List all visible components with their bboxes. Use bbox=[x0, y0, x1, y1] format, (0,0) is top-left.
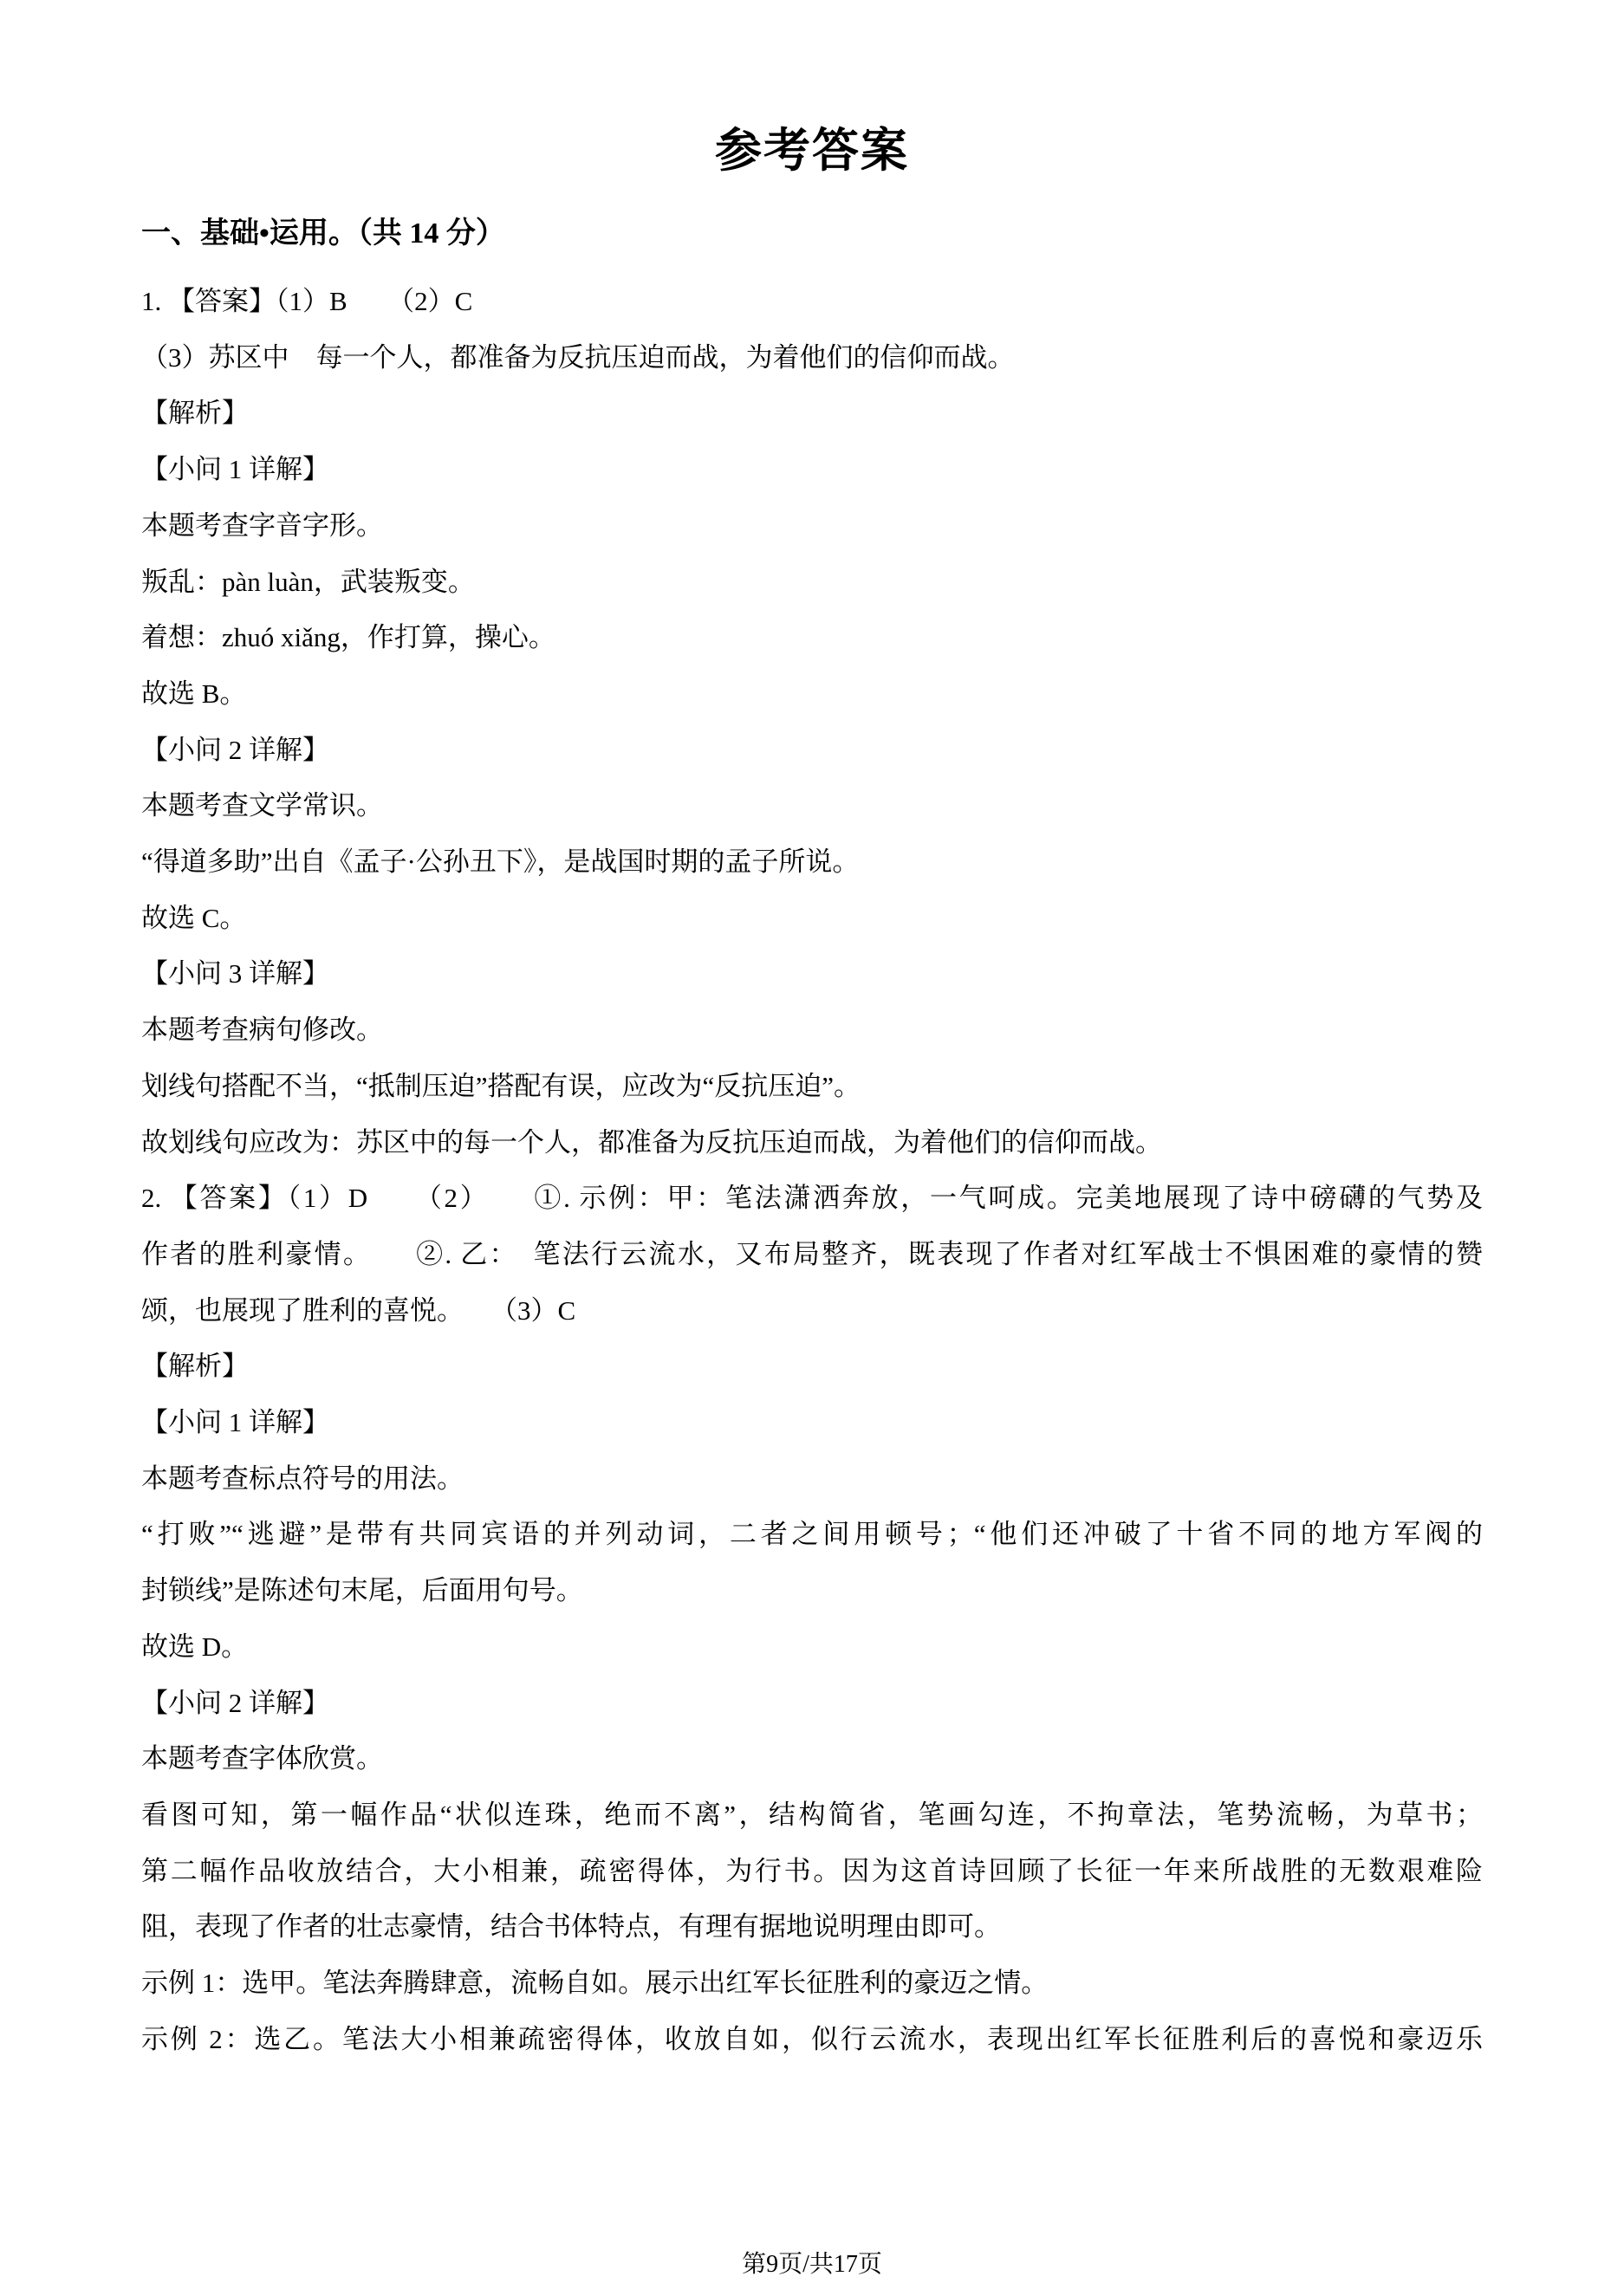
document-line: 【解析】 bbox=[141, 1339, 1483, 1395]
document-line: 本题考查字体欣赏。 bbox=[141, 1731, 1483, 1787]
document-line: 【小问 2 详解】 bbox=[141, 723, 1483, 779]
document-line: 故选 B。 bbox=[141, 666, 1483, 723]
document-line: 本题考查文学常识。 bbox=[141, 778, 1483, 834]
document-line: 故选 D。 bbox=[141, 1619, 1483, 1676]
document-line: 故选 C。 bbox=[141, 891, 1483, 947]
document-line: 本题考查病句修改。 bbox=[141, 1002, 1483, 1059]
document-line: 第二幅作品收放结合，大小相兼，疏密得体，为行书。因为这首诗回顾了长征一年来所战胜… bbox=[141, 1844, 1483, 1900]
document-line: 【小问 1 详解】 bbox=[141, 1395, 1483, 1451]
document-line: 【小问 1 详解】 bbox=[141, 442, 1483, 498]
document-line: 划线句搭配不当，“抵制压迫”搭配有误，应改为“反抗压迫”。 bbox=[141, 1059, 1483, 1115]
document-body: 1. 【答案】（1）B （2）C（3）苏区中 每一个人，都准备为反抗压迫而战，为… bbox=[141, 274, 1483, 2068]
document-line: 【解析】 bbox=[141, 386, 1483, 442]
document-line: 叛乱：pàn luàn，武装叛变。 bbox=[141, 555, 1483, 611]
document-line: 看图可知，第一幅作品“状似连珠，绝而不离”，结构简省，笔画勾连，不拘章法，笔势流… bbox=[141, 1787, 1483, 1844]
document-line: “打败”“逃避”是带有共同宾语的并列动词，二者之间用顿号；“他们还冲破了十省不同… bbox=[141, 1507, 1483, 1563]
document-line: 1. 【答案】（1）B （2）C bbox=[141, 274, 1483, 330]
document-line: 阻，表现了作者的壮志豪情，结合书体特点，有理有据地说明理由即可。 bbox=[141, 1899, 1483, 1955]
document-line: 【小问 3 详解】 bbox=[141, 946, 1483, 1002]
page-number: 第9页/共17页 bbox=[0, 2249, 1624, 2280]
document-line: “得道多助”出自《孟子·公孙丑下》，是战国时期的孟子所说。 bbox=[141, 834, 1483, 891]
document-line: 本题考查字音字形。 bbox=[141, 498, 1483, 555]
document-line: 【小问 2 详解】 bbox=[141, 1676, 1483, 1732]
document-line: 封锁线”是陈述句末尾，后面用句号。 bbox=[141, 1563, 1483, 1619]
document-line: 颂，也展现了胜利的喜悦。 （3）C bbox=[141, 1283, 1483, 1339]
document-line: 故划线句应改为：苏区中的每一个人，都准备为反抗压迫而战，为着他们的信仰而战。 bbox=[141, 1115, 1483, 1171]
page-title: 参考答案 bbox=[0, 120, 1624, 182]
document-line: 2. 【答案】（1）D （2） ①. 示例：甲：笔法潇洒奔放，一气呵成。完美地展… bbox=[141, 1171, 1483, 1227]
document-line: 示例 1：选甲。笔法奔腾肆意，流畅自如。展示出红军长征胜利的豪迈之情。 bbox=[141, 1955, 1483, 2012]
document-line: 本题考查标点符号的用法。 bbox=[141, 1451, 1483, 1508]
document-line: 作者的胜利豪情。 ②. 乙： 笔法行云流水，又布局整齐，既表现了作者对红军战士不… bbox=[141, 1227, 1483, 1283]
document-line: （3）苏区中 每一个人，都准备为反抗压迫而战，为着他们的信仰而战。 bbox=[141, 330, 1483, 386]
document-page: 参考答案 一、基础•运用。（共 14 分） 1. 【答案】（1）B （2）C（3… bbox=[0, 0, 1624, 2296]
document-line: 着想：zhuó xiǎng，作打算，操心。 bbox=[141, 610, 1483, 666]
section-heading: 一、基础•运用。（共 14 分） bbox=[141, 215, 1483, 253]
document-line: 示例 2：选乙。笔法大小相兼疏密得体，收放自如，似行云流水，表现出红军长征胜利后… bbox=[141, 2012, 1483, 2068]
